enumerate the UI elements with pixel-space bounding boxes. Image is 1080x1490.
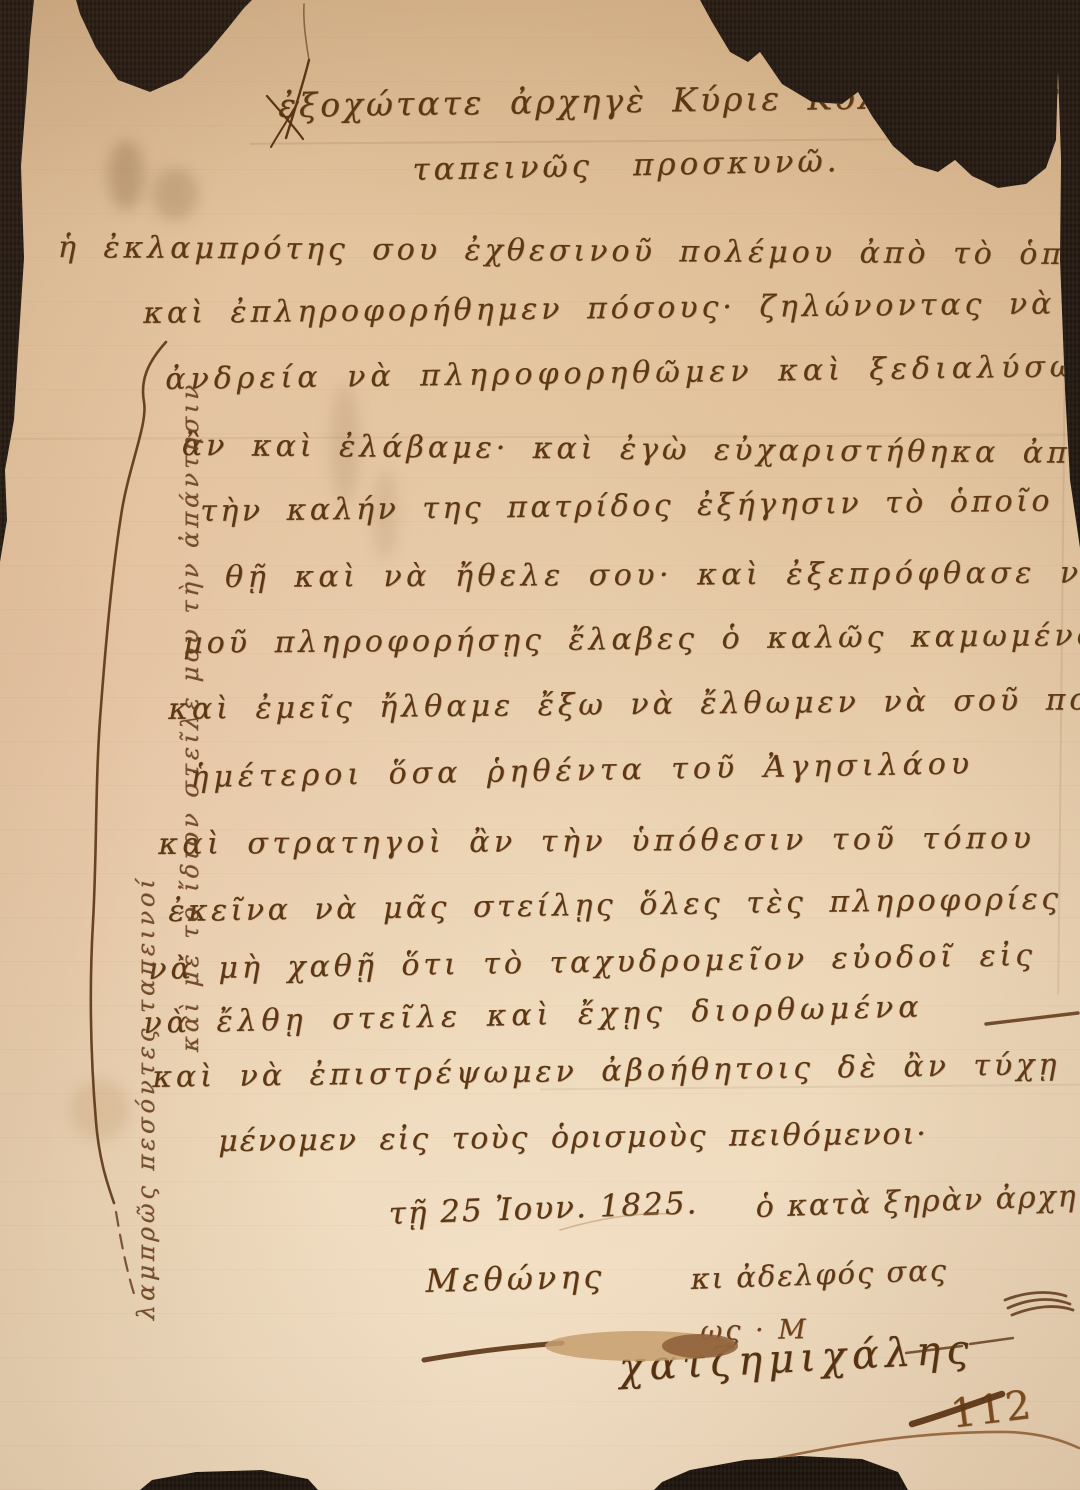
sender-title: ὁ κατὰ ξηρὰν ἀρχηγὸς	[755, 1177, 1080, 1225]
body-line-14: καὶ νὰ ἐπιστρέψωμεν ἀβοήθητοις δὲ ἂν τύχ…	[152, 1047, 1061, 1095]
paper-crease	[1057, 75, 1069, 995]
body-line-13: νὰ ἔλθῃ στεῖλε καὶ ἔχῃς διορθωμένα	[143, 990, 924, 1041]
body-line-11: ἐκεῖνα νὰ μᾶς στείλῃς ὅλες τὲς πληροφορί…	[168, 881, 1080, 929]
paper-stain	[108, 140, 144, 210]
place-name: Μεθώνης	[425, 1257, 606, 1300]
body-line-8: καὶ ἐμεῖς ἤλθαμε ἔξω νὰ ἔλθωμεν νὰ σοῦ π…	[168, 682, 1080, 727]
body-line-10: καὶ στρατηγοὶ ἂν τὴν ὑπόθεσιν τοῦ τόπου	[158, 821, 1035, 862]
body-line-2: καὶ ἐπληροφορήθημεν πόσους· ζηλώνοντας ν…	[143, 284, 1080, 331]
manuscript-photo: ἐξοχώτατε ἀρχηγὲ Κύριε Κολοκοτρώνη· ταπε…	[0, 0, 1080, 1490]
body-line-3: ἀνδρεία νὰ πληροφορηθῶμεν καὶ ξεδιαλύσωμ…	[165, 348, 1080, 397]
paper-stain	[152, 168, 198, 220]
body-line-6: θῇ καὶ νὰ ἤθελε σου· καὶ ἐξεπρόφθασε νὰ	[225, 555, 1080, 595]
smudge-strike	[424, 1343, 562, 1360]
body-line-7: μοῦ πληροφορήσῃς ἔλαβες ὁ καλῶς καμωμένο…	[183, 618, 1080, 661]
body-line-1: ἡ ἐκλαμπρότης σου ἐχθεσινοῦ πολέμου ἀπὸ …	[58, 230, 1080, 272]
archive-number: 112	[948, 1382, 1035, 1438]
paper-stain	[70, 1080, 130, 1140]
body-line-4: ἂν καὶ ἐλάβαμε· καὶ ἐγὼ εὐχαριστήθηκα ἀπ…	[182, 428, 1080, 471]
margin-note-upper: καὶ μὲ τὸ ἴδιον στεῖλε μου τὴν ἀπάντησιν	[176, 451, 204, 1052]
paper-crease	[250, 137, 1056, 145]
body-line-12: νὰ μὴ χαθῇ ὅτι τὸ ταχυδρομεῖον εὐοδοῖ εἰ…	[148, 938, 1036, 987]
signature: χατζημιχάλης	[618, 1326, 976, 1391]
bottom-swoosh	[728, 1432, 1079, 1469]
date-line: τῇ 25 Ἰουν. 1825.	[388, 1185, 699, 1232]
closing-phrase: κι ἀδελφός σας	[690, 1253, 948, 1296]
body-line-9: ἡμέτεροι ὅσα ῥηθέντα τοῦ Ἀγησιλάου	[190, 746, 974, 795]
letter-header-line-1: ἐξοχώτατε ἀρχηγὲ Κύριε Κολοκοτρώνη·	[278, 75, 1080, 125]
pen-stroke-top	[304, 4, 309, 60]
crossed-out-word	[1005, 1293, 1073, 1315]
letter-header-line-2: ταπεινῶς προσκυνῶ.	[412, 143, 841, 188]
paper-sheet: ἐξοχώτατε ἀρχηγὲ Κύριε Κολοκοτρώνη· ταπε…	[0, 0, 1080, 1490]
margin-note-lower: λαμπρῶς πεσόντες ταπεινοί	[132, 799, 160, 1320]
body-line-15: μένομεν εἰς τοὺς ὁρισμοὺς πειθόμενοι·	[218, 1117, 928, 1159]
line-end-dash	[986, 1013, 1078, 1024]
body-line-5: τὴν καλήν της πατρίδος ἐξήγησιν τὸ ὁποῖο…	[200, 480, 1080, 529]
